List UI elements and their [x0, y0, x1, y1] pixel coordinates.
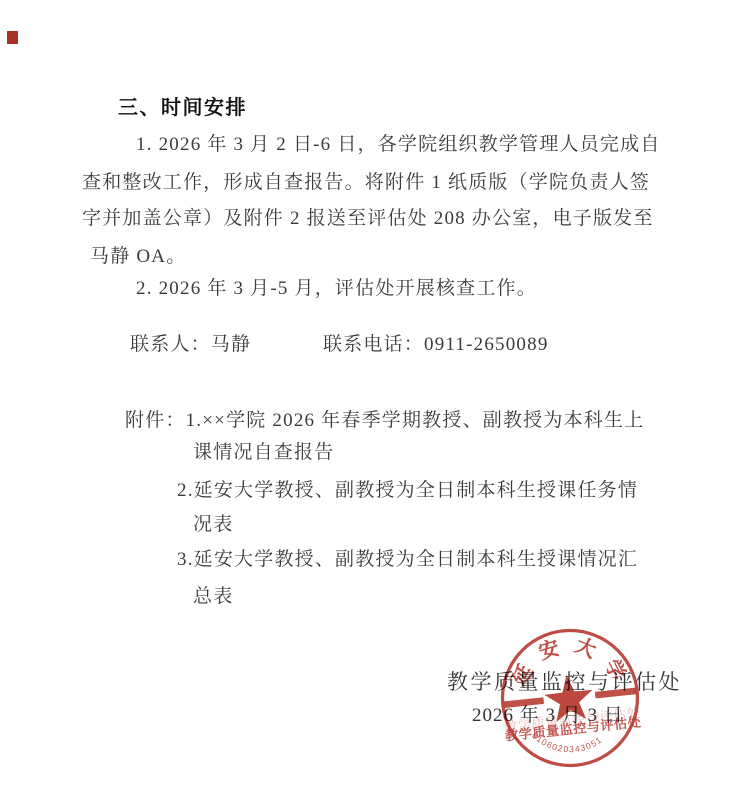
para1-line-3: 字并加盖公章）及附件 2 报送至评估处 208 办公室，电子版发至	[82, 207, 654, 231]
para1-line-1: 1. 2026 年 3 月 2 日-6 日，各学院组织教学管理人员完成自	[136, 133, 661, 157]
para1-line-2: 查和整改工作，形成自查报告。将附件 1 纸质版（学院负责人签	[82, 171, 650, 195]
contact-phone: 联系电话：0911-2650089	[323, 333, 549, 357]
attachment-line-3: 2.延安大学教授、副教授为全日制本科生授课任务情	[177, 479, 638, 503]
corner-red-mark	[7, 31, 18, 44]
document-page: 三、时间安排 1. 2026 年 3 月 2 日-6 日，各学院组织教学管理人员…	[0, 0, 750, 794]
attachment-line-5: 3.延安大学教授、副教授为全日制本科生授课情况汇	[177, 548, 638, 572]
attachment-line-4: 况表	[193, 513, 233, 537]
para2-line: 2. 2026 年 3 月-5 月，评估处开展核查工作。	[136, 277, 537, 301]
contact-person: 联系人：马静	[130, 333, 251, 357]
attachment-line-6: 总表	[193, 585, 233, 609]
corner-red-mark-shape	[7, 31, 18, 44]
section-title: 三、时间安排	[118, 96, 247, 120]
para1-line-4: 马静 OA。	[90, 245, 186, 269]
attachment-line-1: 附件：1.××学院 2026 年春季学期教授、副教授为本科生上	[125, 409, 644, 433]
official-seal: 延安大学 教学质量监控与评估处 教学质量监控与评估处 6106020343051	[492, 620, 648, 776]
attachment-line-2: 课情况自查报告	[193, 441, 334, 465]
seal-left-bar	[503, 697, 544, 708]
